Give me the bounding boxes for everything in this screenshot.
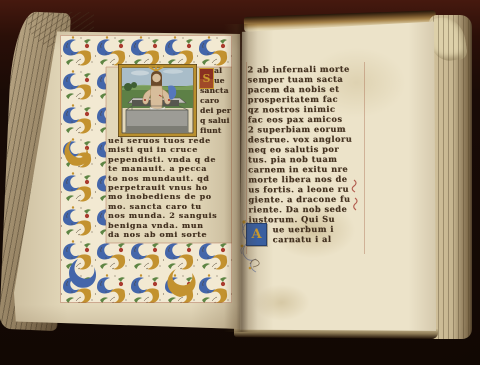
margin-scribble [248, 256, 264, 268]
text-line: fiunt [200, 126, 240, 136]
text-line: mo. sancta caro tu [108, 202, 240, 211]
text-line: mo inobediens de po [108, 192, 240, 201]
text-line: benigna vnda. mun [108, 221, 240, 230]
text-line: to nos mundauit. qd [108, 174, 240, 183]
text-line: 2 ab infernali morte [247, 64, 367, 75]
red-line-filler-marks [350, 178, 362, 212]
text-line: perpetrauit vnus ho [108, 183, 240, 192]
text-line: al [200, 66, 240, 76]
right-page: 2 ab infernali mortesemper tuam sactapac… [238, 20, 436, 334]
text-line: destrue. vox angloru [248, 134, 368, 145]
text-line: da nos ab omi sorte [108, 230, 240, 239]
text-line: caro [200, 96, 240, 106]
text-line: sancta [200, 86, 240, 96]
text-line: nos munda. 2 sanguis [108, 211, 240, 220]
text-line: misti qui in cruce [108, 145, 240, 154]
text-line: uel seruos tuos rede [108, 136, 240, 145]
text-line: q salui [200, 116, 240, 126]
left-page-body-text: uel seruos tuos redemisti qui in crucepe… [108, 136, 240, 239]
left-page-column-text: aluesanctacarodei perq saluifiunt [200, 66, 240, 136]
illuminated-initial-a: A [246, 223, 267, 246]
text-line: dei per [200, 106, 240, 116]
photograph-background: S aluesanctacarodei perq saluifiunt uel … [0, 0, 480, 365]
miniature-christ-in-tomb [118, 64, 197, 137]
initial-letter: A [251, 227, 261, 242]
text-line: ue [200, 76, 240, 86]
text-line: te manauit. a pecca [108, 164, 240, 173]
text-line: pependisti. vnda q de [108, 155, 240, 164]
